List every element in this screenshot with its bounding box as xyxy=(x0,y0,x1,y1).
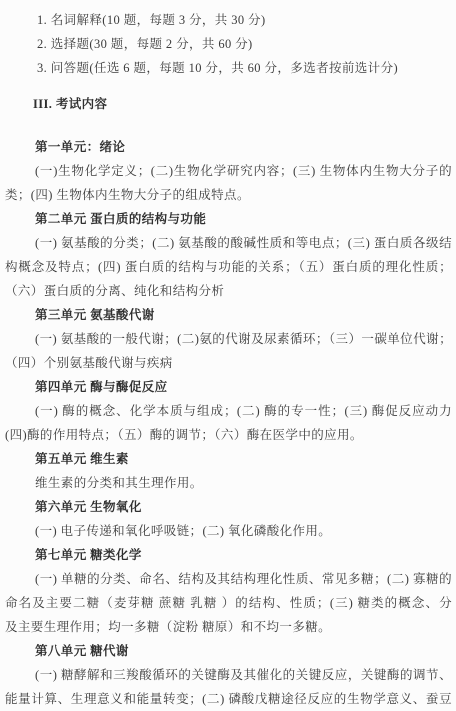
heading-line: 第八单元 糖代谢 xyxy=(35,639,452,663)
text-line: (一) 电子传递和氧化呼吸链；(二) 氧化磷酸化作用。 xyxy=(35,519,452,543)
text-line: 构概念及特点；(四) 蛋白质的结构与功能的关系；（五）蛋白质的理化性质； xyxy=(5,255,452,279)
heading-line: 第六单元 生物氧化 xyxy=(35,495,452,519)
text-line: (一)生物化学定义；(二)生物化学研究内容；(三) 生物体内生物大分子的种 xyxy=(35,159,452,183)
text-line: 命名及主要二糖（麦芽糖 蔗糖 乳糖 ）的结构、性质；(三) 糖类的概念、分类、 xyxy=(5,591,452,615)
text-line: 维生素的分类和其生理作用。 xyxy=(35,471,452,495)
document-body: 1. 名词解释(10 题，每题 3 分，共 30 分)2. 选择题(30 题，每… xyxy=(5,8,452,711)
heading-line: 第一单元：绪论 xyxy=(35,135,452,159)
text-line: （四）个别氨基酸代谢与疾病 xyxy=(5,351,452,375)
heading-line: 第四单元 酶与酶促反应 xyxy=(35,375,452,399)
text-line: (一) 酶的概念、化学本质与组成；(二) 酶的专一性；(三) 酶促反应动力学； xyxy=(35,399,452,423)
heading-line: III. 考试内容 xyxy=(33,92,452,116)
text-line: (四)酶的作用特点；（五）酶的调节；（六）酶在医学中的应用。 xyxy=(5,423,452,447)
text-line: (一) 氨基酸的分类；(二) 氨基酸的酸碱性质和等电点；(三) 蛋白质各级结 xyxy=(35,231,452,255)
text-line: 1. 名词解释(10 题，每题 3 分，共 30 分) xyxy=(37,8,452,32)
heading-line: 第七单元 糖类化学 xyxy=(35,543,452,567)
text-line: (一) 糖酵解和三羧酸循环的关键酶及其催化的关键反应，关键酶的调节、 xyxy=(35,663,452,687)
heading-line: 第二单元 蛋白质的结构与功能 xyxy=(35,207,452,231)
text-line: 能量计算、生理意义和能量转变；(二) 磷酸戊糖途径反应的生物学意义、蚕豆 xyxy=(5,687,452,711)
text-line: (一) 单糖的分类、命名、结构及其结构理化性质、常见多糖；(二) 寡糖的 xyxy=(35,567,452,591)
text-line: 及主要生理作用；均一多糖（淀粉 糖原）和不均一多糖。 xyxy=(5,615,452,639)
document-page: 1. 名词解释(10 题，每题 3 分，共 30 分)2. 选择题(30 题，每… xyxy=(0,0,456,711)
text-line: (一) 氨基酸的一般代谢；(二)氨的代谢及尿素循环；（三）一碳单位代谢； xyxy=(35,327,452,351)
heading-line: 第五单元 维生素 xyxy=(35,447,452,471)
text-line: 类；(四) 生物体内生物大分子的组成特点。 xyxy=(5,183,452,207)
text-line: 3. 问答题(任选 6 题，每题 10 分，共 60 分，多选者按前选计分) xyxy=(37,56,452,80)
text-line: （六）蛋白质的分离、纯化和结构分析 xyxy=(5,279,452,303)
text-line: 2. 选择题(30 题，每题 2 分，共 60 分) xyxy=(37,32,452,56)
heading-line: 第三单元 氨基酸代谢 xyxy=(35,303,452,327)
